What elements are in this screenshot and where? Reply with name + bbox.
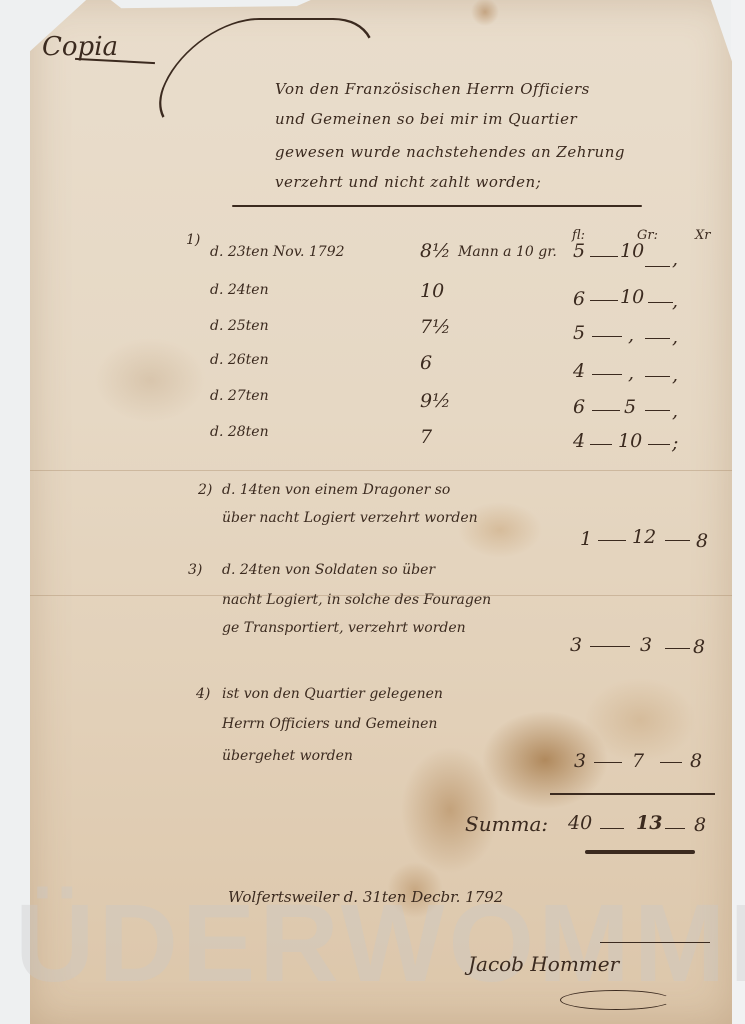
section3-gr: 3 xyxy=(640,634,652,656)
section4-xr: 8 xyxy=(690,750,702,772)
dash xyxy=(590,256,618,257)
row4-date: d. 26ten xyxy=(210,352,269,368)
section2-gr: 12 xyxy=(632,526,656,548)
row1-qty: 8½ xyxy=(420,240,451,262)
total-label: Summa: xyxy=(465,812,548,836)
dash xyxy=(648,444,670,445)
section2-line2: über nacht Logiert verzehrt worden xyxy=(222,510,478,526)
signature-flourish xyxy=(560,990,672,1010)
dash xyxy=(590,444,612,445)
fold-line xyxy=(30,470,732,471)
row4-gr: , xyxy=(628,362,634,384)
section4-gr: 7 xyxy=(632,750,644,772)
header-xr: Xr xyxy=(695,228,710,243)
row1-date: d. 23ten Nov. 1792 xyxy=(210,244,345,260)
row5-xr: , xyxy=(672,400,678,422)
row3-fl: 5 xyxy=(573,322,585,344)
dash xyxy=(645,338,670,339)
row1-gr: 10 xyxy=(620,240,644,262)
row2-date: d. 24ten xyxy=(210,282,269,298)
total-rule-bottom xyxy=(585,850,695,854)
row6-gr: 10 xyxy=(618,430,642,452)
row2-xr: , xyxy=(672,290,678,312)
row4-fl: 4 xyxy=(573,360,585,382)
section2-line1: d. 14ten von einem Dragoner so xyxy=(222,482,450,498)
section3-fl: 3 xyxy=(570,634,582,656)
signature: Jacob Hommer xyxy=(468,952,619,976)
row5-gr: 5 xyxy=(624,396,636,418)
section4-marker: 4) xyxy=(196,686,210,702)
dash xyxy=(590,300,618,301)
row6-xr: ; xyxy=(672,432,678,454)
dash xyxy=(665,648,690,649)
dash xyxy=(660,762,682,763)
section4-fl: 3 xyxy=(574,750,586,772)
dash xyxy=(592,410,620,411)
section2-marker: 2) xyxy=(198,482,212,498)
dash xyxy=(592,336,622,337)
dash xyxy=(645,376,670,377)
dash xyxy=(665,828,685,829)
dash xyxy=(600,828,624,829)
row2-gr: 10 xyxy=(620,286,644,308)
section2-xr: 8 xyxy=(696,530,708,552)
row6-qty: 7 xyxy=(420,426,432,448)
row6-fl: 4 xyxy=(573,430,585,452)
row4-xr: , xyxy=(672,364,678,386)
section3-marker: 3) xyxy=(188,562,202,578)
row3-qty: 7½ xyxy=(420,316,451,338)
dash xyxy=(665,540,690,541)
row5-fl: 6 xyxy=(573,396,585,418)
section1-marker: 1) xyxy=(186,232,200,248)
section4-line3: übergehet worden xyxy=(222,748,353,764)
dash xyxy=(592,374,622,375)
section3-line2: nacht Logiert, in solche des Fouragen xyxy=(222,592,491,608)
section3-line3: ge Transportiert, verzehrt worden xyxy=(222,620,466,636)
section3-xr: 8 xyxy=(693,636,705,658)
date-underline xyxy=(600,942,710,943)
heading-line-4: verzehrt und nicht zahlt worden; xyxy=(275,173,541,191)
dash xyxy=(645,266,670,267)
row1-note: Mann a 10 gr. xyxy=(458,244,557,260)
total-gr: 13 xyxy=(636,812,662,834)
row5-date: d. 27ten xyxy=(210,388,269,404)
row3-gr: , xyxy=(628,324,634,346)
heading-line-1: Von den Französischen Herrn Officiers xyxy=(275,80,590,98)
section2-fl: 1 xyxy=(580,528,592,550)
section4-line2: Herrn Officiers und Gemeinen xyxy=(222,716,437,732)
dash xyxy=(645,410,670,411)
scan-background xyxy=(731,0,745,1024)
row3-xr: , xyxy=(672,326,678,348)
section3-line1: d. 24ten von Soldaten so über xyxy=(222,562,435,578)
row1-xr: , xyxy=(672,248,678,270)
total-fl: 40 xyxy=(568,812,592,834)
row4-qty: 6 xyxy=(420,352,432,374)
total-rule-top xyxy=(550,793,715,795)
heading-line-2: und Gemeinen so bei mir im Quartier xyxy=(275,110,577,128)
row5-qty: 9½ xyxy=(420,390,451,412)
section4-line1: ist von den Quartier gelegenen xyxy=(222,686,443,702)
dash xyxy=(594,762,622,763)
total-xr: 8 xyxy=(694,814,706,836)
row2-fl: 6 xyxy=(573,288,585,310)
row1-fl: 5 xyxy=(573,240,585,262)
row6-date: d. 28ten xyxy=(210,424,269,440)
place-date: Wolfertsweiler d. 31ten Decbr. 1792 xyxy=(228,888,503,906)
row2-qty: 10 xyxy=(420,280,444,302)
heading-line-3: gewesen wurde nachstehendes an Zehrung xyxy=(275,143,625,161)
dash xyxy=(598,540,626,541)
heading-rule xyxy=(232,205,642,207)
dash xyxy=(590,646,630,647)
dash xyxy=(648,302,673,303)
row3-date: d. 25ten xyxy=(210,318,269,334)
